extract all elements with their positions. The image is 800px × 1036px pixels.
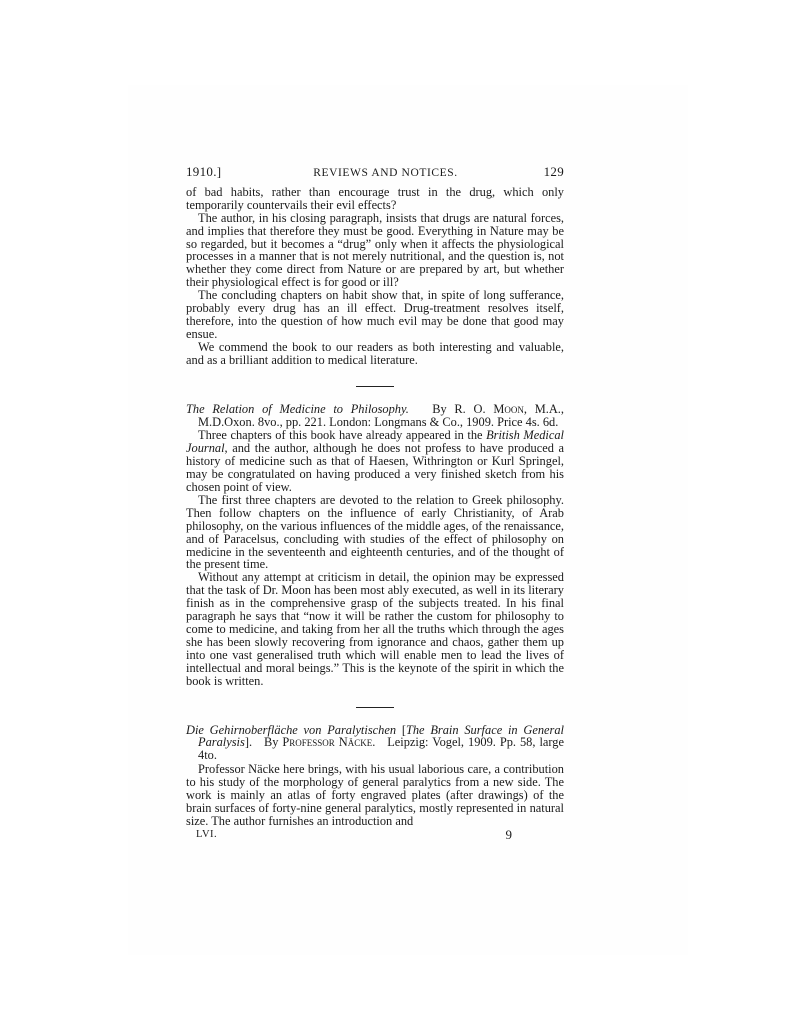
- book-title: The Relation of Medicine to Philosophy.: [186, 402, 409, 416]
- book-citation: Die Gehirnoberfläche von Paralytischen […: [186, 724, 564, 763]
- paragraph: We commend the book to our readers as bo…: [186, 341, 564, 367]
- paragraph: Three chapters of this book have already…: [186, 429, 564, 494]
- header-section-title: REVIEWS AND NOTICES.: [313, 167, 458, 180]
- volume-number: LVI.: [196, 829, 217, 842]
- section-divider: [356, 707, 394, 708]
- header-page-number: 129: [544, 166, 564, 179]
- citation-by: By: [264, 735, 278, 749]
- paragraph: Professor Näcke here brings, with his us…: [186, 763, 564, 828]
- book-author: Professor Näcke.: [282, 735, 375, 749]
- running-head: 1910.] REVIEWS AND NOTICES. 129: [186, 166, 564, 180]
- paragraph: The author, in his closing paragraph, in…: [186, 212, 564, 289]
- signature-mark: 9: [506, 829, 513, 842]
- review-3: Die Gehirnoberfläche von Paralytischen […: [186, 724, 564, 828]
- paragraph: Without any attempt at criticism in deta…: [186, 571, 564, 687]
- citation-by: By: [432, 402, 446, 416]
- book-details: Leipzig: Vogel, 1909. Pp. 58, large 4to.: [198, 735, 564, 762]
- header-year: 1910.]: [186, 166, 221, 179]
- paragraph: The concluding chapters on habit show th…: [186, 289, 564, 341]
- review-2: The Relation of Medicine to Philosophy. …: [186, 403, 564, 688]
- text-run: , and the author, although he does not p…: [186, 441, 564, 494]
- book-author: R. O. Moon,: [454, 402, 527, 416]
- paragraph: The first three chapters are devoted to …: [186, 494, 564, 571]
- text-run: Three chapters of this book have already…: [198, 428, 483, 442]
- journal-page: 1910.] REVIEWS AND NOTICES. 129 of bad h…: [186, 166, 564, 842]
- review-1-continuation: of bad habits, rather than encourage tru…: [186, 186, 564, 367]
- bracket: ].: [245, 735, 252, 749]
- book-citation: The Relation of Medicine to Philosophy. …: [186, 403, 564, 429]
- paragraph: of bad habits, rather than encourage tru…: [186, 186, 564, 212]
- book-title: Die Gehirnoberfläche von Paralytischen: [186, 723, 396, 737]
- page-footer: LVI. 9: [186, 829, 564, 842]
- section-divider: [356, 386, 394, 387]
